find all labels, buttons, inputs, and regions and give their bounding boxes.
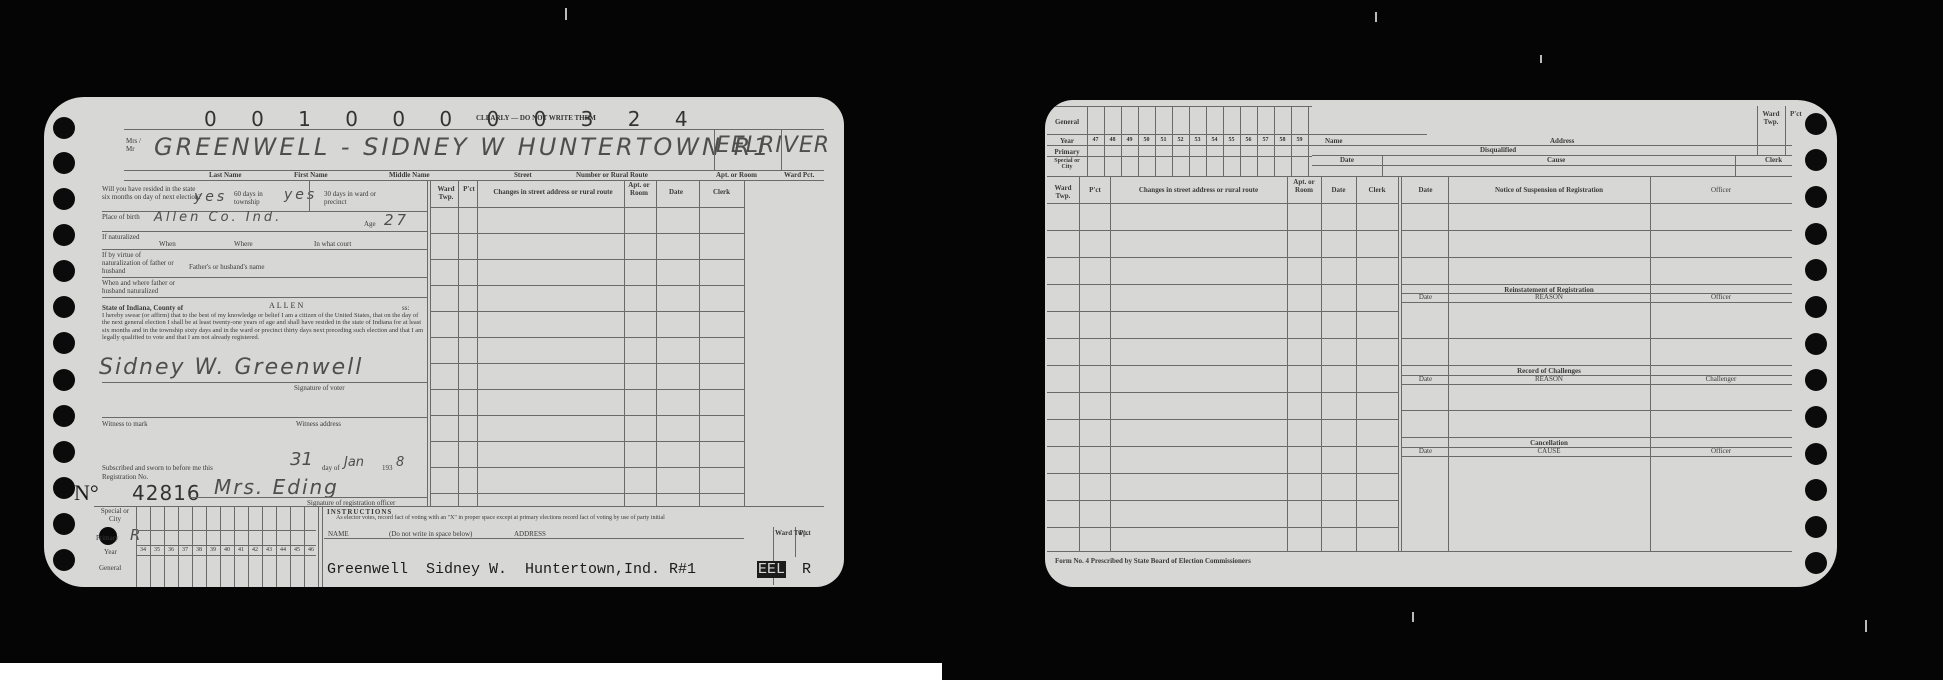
street-label: Street — [514, 171, 532, 179]
place-of-birth-label: Place of birth — [102, 213, 142, 221]
challenger-label: Challenger — [1651, 375, 1791, 383]
rule — [1308, 106, 1309, 176]
suspension-officer-label: Officer — [1651, 186, 1791, 194]
year-cell: 43 — [262, 547, 276, 553]
ward-label: Ward Twp. — [1757, 110, 1785, 126]
punch-hole — [1805, 552, 1827, 574]
year-cell: 44 — [276, 547, 290, 553]
rule — [124, 129, 824, 130]
col-date: Date — [656, 188, 696, 196]
top-code-numbers: 0 0 1 0 0 0 0 0 3 2 4 — [204, 107, 702, 131]
year-cell: 39 — [206, 547, 220, 553]
rule — [1398, 176, 1399, 551]
year-cell: 59 — [1291, 137, 1308, 143]
township-handwritten: EELRIVER — [716, 133, 830, 158]
rule — [1402, 203, 1792, 204]
col-pct: P'ct — [460, 185, 478, 193]
rule — [1047, 338, 1399, 339]
last-name-label: Last Name — [209, 171, 241, 179]
punch-hole — [53, 152, 75, 174]
year-cell: 38 — [192, 547, 206, 553]
rule — [477, 181, 478, 506]
rule — [1402, 230, 1792, 231]
suspension-date-label: Date — [1403, 186, 1448, 194]
year-cell: 40 — [220, 547, 234, 553]
sworn-month: Jan — [344, 455, 364, 470]
rule — [1402, 365, 1792, 366]
footer-address-label: ADDRESS — [514, 530, 546, 538]
rule — [1402, 437, 1792, 438]
punch-hole — [53, 477, 75, 499]
rule — [124, 180, 824, 181]
naturalized-when: When — [159, 240, 176, 248]
row-label-primary: Primary — [1049, 148, 1085, 156]
ward-pct-label: Ward Pct. — [784, 171, 814, 179]
year-cell: 58 — [1274, 137, 1291, 143]
rule — [1402, 456, 1792, 457]
col-apt: Apt. or Room — [624, 181, 654, 197]
punch-hole — [53, 224, 75, 246]
reinstatement-date-label: Date — [1403, 293, 1448, 301]
virtue-label: If by virtue of naturalization of father… — [102, 251, 177, 275]
rule — [102, 231, 427, 232]
registration-number: 42816 — [132, 481, 201, 505]
rule — [1047, 203, 1399, 204]
sworn-day: 31 — [290, 449, 313, 470]
rule — [430, 363, 745, 364]
rule — [136, 545, 316, 546]
rule — [102, 382, 427, 383]
footer-no-write: (Do not write in space below) — [389, 530, 472, 538]
rule — [1047, 311, 1399, 312]
day-of-label: day of — [322, 464, 340, 472]
registration-card-front: 0 0 1 0 0 0 0 0 3 2 4 CLEARLY — DO NOT W… — [44, 97, 844, 587]
rule — [714, 130, 715, 170]
punch-hole — [1805, 149, 1827, 171]
punch-hole — [53, 332, 75, 354]
rule — [427, 181, 428, 506]
pct-label: P'ct — [1790, 110, 1802, 118]
year-cell: 51 — [1155, 137, 1172, 143]
middle-name-label: Middle Name — [389, 171, 430, 179]
rule — [430, 467, 745, 468]
cancellation-date-label: Date — [1403, 447, 1448, 455]
apt-room-label: Apt. or Room — [716, 171, 757, 179]
cancellation-title: Cancellation — [1449, 439, 1649, 447]
year-cell: 50 — [1138, 137, 1155, 143]
township-question: 60 days in township — [234, 190, 284, 206]
year-cell: 49 — [1121, 137, 1138, 143]
rule — [1047, 284, 1399, 285]
rule — [1047, 257, 1399, 258]
rule — [1047, 473, 1399, 474]
punch-hole — [53, 260, 75, 282]
footer-name-label: NAME — [328, 530, 349, 538]
punch-hole — [1805, 113, 1827, 135]
rule — [189, 497, 427, 498]
rule — [1047, 419, 1399, 420]
col-changes: Changes in street address or rural route — [478, 188, 628, 196]
rule — [744, 181, 745, 506]
rule — [1047, 176, 1792, 177]
year-cell: 52 — [1172, 137, 1189, 143]
cause-label: Cause — [1547, 156, 1565, 164]
number-route-label: Number or Rural Route — [576, 171, 648, 179]
punch-hole — [1805, 479, 1827, 501]
instructions-text: As elector votes, record fact of voting … — [336, 515, 676, 522]
punch-hole — [53, 296, 75, 318]
challenges-date-label: Date — [1403, 375, 1448, 383]
rule — [1402, 384, 1792, 385]
suspension-title: Notice of Suspension of Registration — [1449, 186, 1649, 194]
rule — [1047, 500, 1399, 501]
rule — [102, 297, 427, 298]
year-cell: 34 — [136, 547, 150, 553]
age-value: 27 — [384, 211, 409, 229]
rule — [430, 493, 745, 494]
rule — [656, 181, 657, 506]
residence-question: Will you have resided in the state six m… — [102, 185, 202, 201]
col-apt: Apt. or Room — [1288, 178, 1320, 194]
rule — [1047, 527, 1399, 528]
rule — [322, 506, 323, 587]
salutation-label: Mrs / Mr — [126, 137, 144, 153]
year-cell: 54 — [1206, 137, 1223, 143]
row-label-general: General — [1049, 118, 1085, 126]
footer-pct-label: P'ct — [799, 529, 811, 537]
punch-hole — [53, 117, 75, 139]
officer-signature: Mrs. Eding — [214, 475, 339, 499]
place-of-birth-value: Allen Co. Ind. — [154, 210, 282, 225]
punch-hole — [1805, 186, 1827, 208]
punch-hole — [1805, 443, 1827, 465]
punch-hole — [1805, 516, 1827, 538]
registration-no-label: Registration No. — [102, 473, 148, 481]
rule — [1402, 302, 1792, 303]
rule — [458, 181, 459, 506]
year-cell: 57 — [1257, 137, 1274, 143]
year-cell: 35 — [150, 547, 164, 553]
rule — [1312, 165, 1792, 166]
rule — [699, 181, 700, 506]
registration-card-back: General Year Primary Special or City 47 … — [1045, 100, 1837, 587]
year-cell: 42 — [248, 547, 262, 553]
rule — [1047, 392, 1399, 393]
year-cell: 48 — [1104, 137, 1121, 143]
year-cell: 37 — [178, 547, 192, 553]
reinstatement-reason-label: REASON — [1449, 293, 1649, 301]
scan-speck — [1412, 612, 1414, 622]
rule — [1785, 106, 1786, 156]
rule — [102, 417, 427, 418]
disqualified-label: Disqualified — [1480, 146, 1516, 154]
reinstatement-officer-label: Officer — [1651, 293, 1791, 301]
col-ward: Ward Twp. — [1047, 184, 1079, 200]
col-date: Date — [1321, 186, 1356, 194]
rule — [430, 181, 431, 506]
rule — [1402, 338, 1792, 339]
witness-mark-label: Witness to mark — [102, 420, 148, 428]
rule — [1402, 257, 1792, 258]
challenges-reason-label: REASON — [1449, 375, 1649, 383]
punch-hole — [53, 441, 75, 463]
rule — [1287, 176, 1288, 551]
punch-hole — [1805, 369, 1827, 391]
year-cell: 41 — [234, 547, 248, 553]
col-clerk: Clerk — [699, 188, 744, 196]
number-symbol: N° — [74, 480, 99, 506]
col-ward: Ward Twp. — [432, 185, 460, 201]
form-footer: Form No. 4 Prescribed by State Board of … — [1055, 557, 1251, 565]
county-value: ALLEN — [269, 301, 305, 310]
oath-text: I hereby swear (or affirm) that to the b… — [102, 312, 427, 341]
row-label-special: Special or City — [96, 507, 134, 523]
col-changes: Changes in street address or rural route — [1111, 186, 1286, 194]
rule — [1110, 176, 1111, 551]
rule — [318, 506, 319, 587]
white-strip — [0, 663, 942, 680]
rule — [430, 233, 745, 234]
rule — [1448, 176, 1449, 551]
clerk-label: Clerk — [1765, 156, 1782, 164]
rule — [1079, 176, 1080, 551]
rule — [1401, 176, 1402, 551]
rule — [430, 441, 745, 442]
state-county-label: State of Indiana, County of — [102, 304, 183, 312]
punch-hole — [1805, 296, 1827, 318]
father-name-label: Father's or husband's name — [189, 263, 264, 271]
rule — [430, 311, 745, 312]
punch-hole — [1805, 259, 1827, 281]
row-label-special: Special or City — [1049, 158, 1085, 170]
witness-address-label: Witness address — [296, 420, 341, 428]
rule — [1402, 284, 1792, 285]
scan-speck — [1375, 12, 1377, 22]
row-label-year: Year — [104, 548, 117, 556]
top-notice: CLEARLY — DO NOT WRITE THEM — [476, 114, 596, 123]
naturalized-court: In what court — [314, 240, 351, 248]
punch-hole — [53, 549, 75, 571]
row-label-year: Year — [1049, 137, 1085, 145]
rule — [309, 181, 310, 211]
year-cell: 47 — [1087, 137, 1104, 143]
sworn-label: Subscribed and sworn to before me this — [102, 464, 213, 472]
year-cell: 36 — [164, 547, 178, 553]
age-label: Age — [364, 220, 376, 228]
rule — [1356, 176, 1357, 551]
year-cell: 53 — [1189, 137, 1206, 143]
voter-signature-label: Signature of voter — [294, 384, 345, 392]
year-cell: 45 — [290, 547, 304, 553]
typed-voter-line: Greenwell Sidney W. Huntertown,Ind. R#1 — [327, 561, 696, 578]
rule — [1402, 410, 1792, 411]
scan-speck — [1865, 620, 1867, 632]
punch-hole — [53, 369, 75, 391]
punch-hole — [1805, 406, 1827, 428]
scan-speck — [565, 8, 567, 20]
rule — [1047, 551, 1792, 552]
rule — [1312, 145, 1792, 146]
first-name-label: First Name — [294, 171, 328, 179]
punch-hole — [53, 405, 75, 427]
col-clerk: Clerk — [1357, 186, 1397, 194]
punch-hole — [1805, 223, 1827, 245]
rule — [1650, 176, 1651, 551]
punch-hole — [53, 188, 75, 210]
rule — [1047, 365, 1399, 366]
rule — [94, 506, 824, 507]
address-label: Address — [1550, 137, 1574, 145]
sworn-year-suffix: 8 — [396, 455, 404, 470]
name-handwritten: GREENWELL - SIDNEY W HUNTERTOWN R1 — [154, 133, 772, 161]
rule — [430, 415, 745, 416]
name-label: Name — [1325, 137, 1343, 145]
ss-label: ss: — [402, 304, 409, 312]
ward-question: 30 days in ward or precinct — [324, 190, 394, 206]
rule — [430, 389, 745, 390]
cancellation-cause-label: CAUSE — [1449, 447, 1649, 455]
rule — [136, 530, 316, 531]
naturalized-where: Where — [234, 240, 253, 248]
rule — [136, 555, 316, 556]
rule — [102, 277, 427, 278]
rule — [324, 538, 744, 539]
rule — [1382, 155, 1383, 176]
voter-signature: Sidney W. Greenwell — [99, 355, 363, 380]
date-label: Date — [1340, 156, 1354, 164]
punch-hole — [53, 513, 75, 535]
cancellation-officer-label: Officer — [1651, 447, 1791, 455]
col-pct: P'ct — [1081, 186, 1109, 194]
year-cell: 56 — [1240, 137, 1257, 143]
residence-answer: yes — [194, 189, 227, 205]
rule — [102, 249, 427, 250]
punch-hole — [1805, 333, 1827, 355]
rule — [1321, 176, 1322, 551]
rule — [430, 337, 745, 338]
naturalized-label: If naturalized — [102, 233, 142, 241]
row-label-general: General — [99, 564, 121, 572]
typed-ward: EEL — [757, 561, 786, 578]
rule — [430, 285, 745, 286]
rule — [430, 207, 745, 208]
row-label-primary: Primary — [96, 534, 119, 542]
rule — [1047, 230, 1399, 231]
year-cell: 55 — [1223, 137, 1240, 143]
typed-pct: R — [802, 561, 811, 578]
township-answer: yes — [284, 187, 317, 203]
father-naturalized-label: When and where father or husband natural… — [102, 279, 182, 295]
sworn-year-prefix: 193 — [382, 464, 393, 472]
year-cell: 46 — [304, 547, 318, 553]
rule — [1735, 155, 1736, 176]
challenges-title: Record of Challenges — [1449, 367, 1649, 375]
rule — [1047, 446, 1399, 447]
rule — [430, 259, 745, 260]
rule — [624, 181, 625, 506]
scan-speck — [1540, 55, 1542, 63]
